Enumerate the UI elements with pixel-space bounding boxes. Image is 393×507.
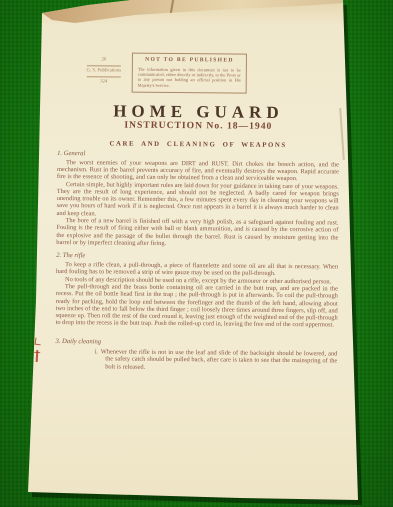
page-title: HOME GUARD [57,107,339,117]
document-page: 26 G. S. Publications 324 NOT TO BE PUBL… [0,0,393,507]
paragraph: The bore of a new barrel is finished off… [56,217,338,249]
crease-mark [339,108,344,160]
notice-title: NOT TO BE PUBLISHED [138,57,241,65]
red-ink-mark-icon [36,350,38,362]
ref-rule [87,65,121,66]
paragraph: The worst enemies of your weapons are DI… [57,159,339,183]
page-subtitle: INSTRUCTION No. 18—1940 [57,121,339,131]
ref-publisher: G. S. Publications [76,68,132,73]
section-2-label: 2. [56,252,61,259]
section-1-name: General [64,150,86,157]
notice-body: The information given in this document i… [138,66,241,88]
section-3-heading: 3. Daily cleaning [55,338,337,348]
photo-green-felt-background: 26 G. S. Publications 324 NOT TO BE PUBL… [0,0,393,507]
security-notice-box: NOT TO BE PUBLISHED The information give… [132,53,247,94]
paragraph: The pull-through and the brass bottle co… [56,283,338,329]
paragraph: Certain simple, but highly important rul… [57,181,339,220]
caps-heading: CARE AND CLEANING OF WEAPONS [57,140,339,150]
section-3-label: 3. [55,338,60,345]
page-content: 26 G. S. Publications 324 NOT TO BE PUBL… [55,50,340,372]
ref-number-bottom: 324 [76,79,132,84]
section-3-name: Daily cleaning [62,338,101,345]
list-item: i.Whenever the rifle is not in use the l… [55,348,337,372]
ref-rule [87,76,121,77]
section-1-label: 1. [57,150,62,157]
reference-block: 26 G. S. Publications 324 [76,57,132,84]
section-2-name: The rifle [63,252,86,259]
ref-number-top: 26 [76,57,132,62]
red-ink-mark-icon [35,338,42,346]
document-body: HOME GUARD INSTRUCTION No. 18—1940 CARE … [55,50,340,372]
list-item-text: Whenever the rifle is not in use the lea… [101,348,338,370]
